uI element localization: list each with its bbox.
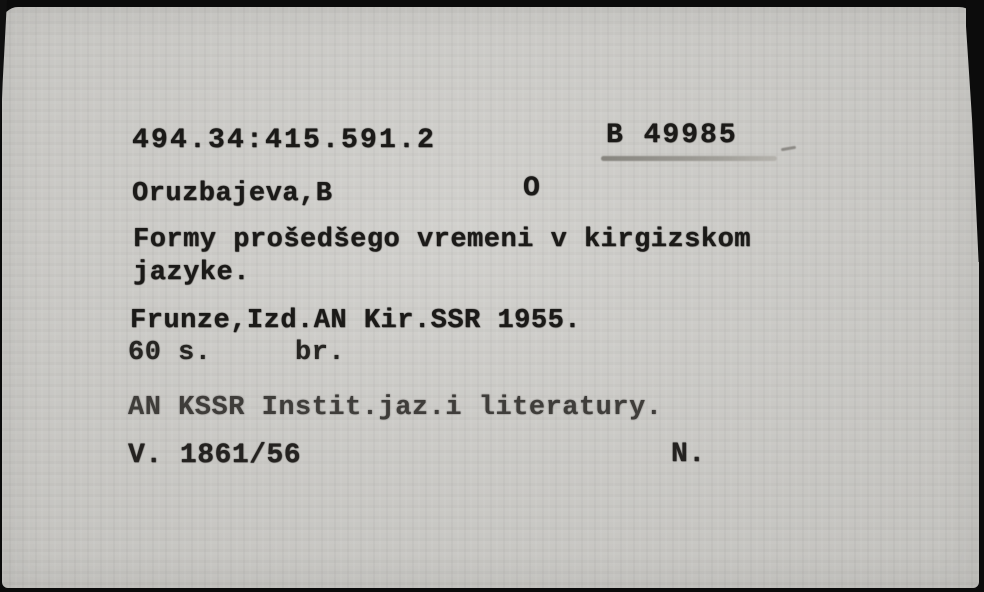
title-line-2: jazyke. bbox=[133, 258, 250, 288]
imprint-publisher-year: Frunze,Izd.AN Kir.SSR 1955. bbox=[130, 306, 581, 336]
inventory-number: V. 1861/56 bbox=[128, 440, 301, 471]
cataloger-initial: N. bbox=[671, 439, 706, 470]
author-name: Oruzbajeva,B bbox=[132, 179, 332, 209]
catalog-card-paper: 494.34:415.591.2 B 49985 Oruzbajeva,B O … bbox=[2, 7, 979, 588]
classification-number: 494.34:415.591.2 bbox=[132, 125, 436, 156]
scanned-catalog-card: 494.34:415.591.2 B 49985 Oruzbajeva,B O … bbox=[0, 0, 984, 592]
author-filing-letter: O bbox=[523, 173, 540, 204]
stray-pencil-dash bbox=[781, 146, 796, 152]
accession-underline bbox=[601, 156, 777, 161]
collation-pages-binding: 60 s. br. bbox=[128, 338, 345, 368]
series-institution-note: AN KSSR Instit.jaz.i literatury. bbox=[128, 393, 662, 423]
accession-number: B 49985 bbox=[606, 120, 738, 151]
title-line-1: Formy prošedšego vremeni v kirgizskom bbox=[133, 225, 751, 255]
